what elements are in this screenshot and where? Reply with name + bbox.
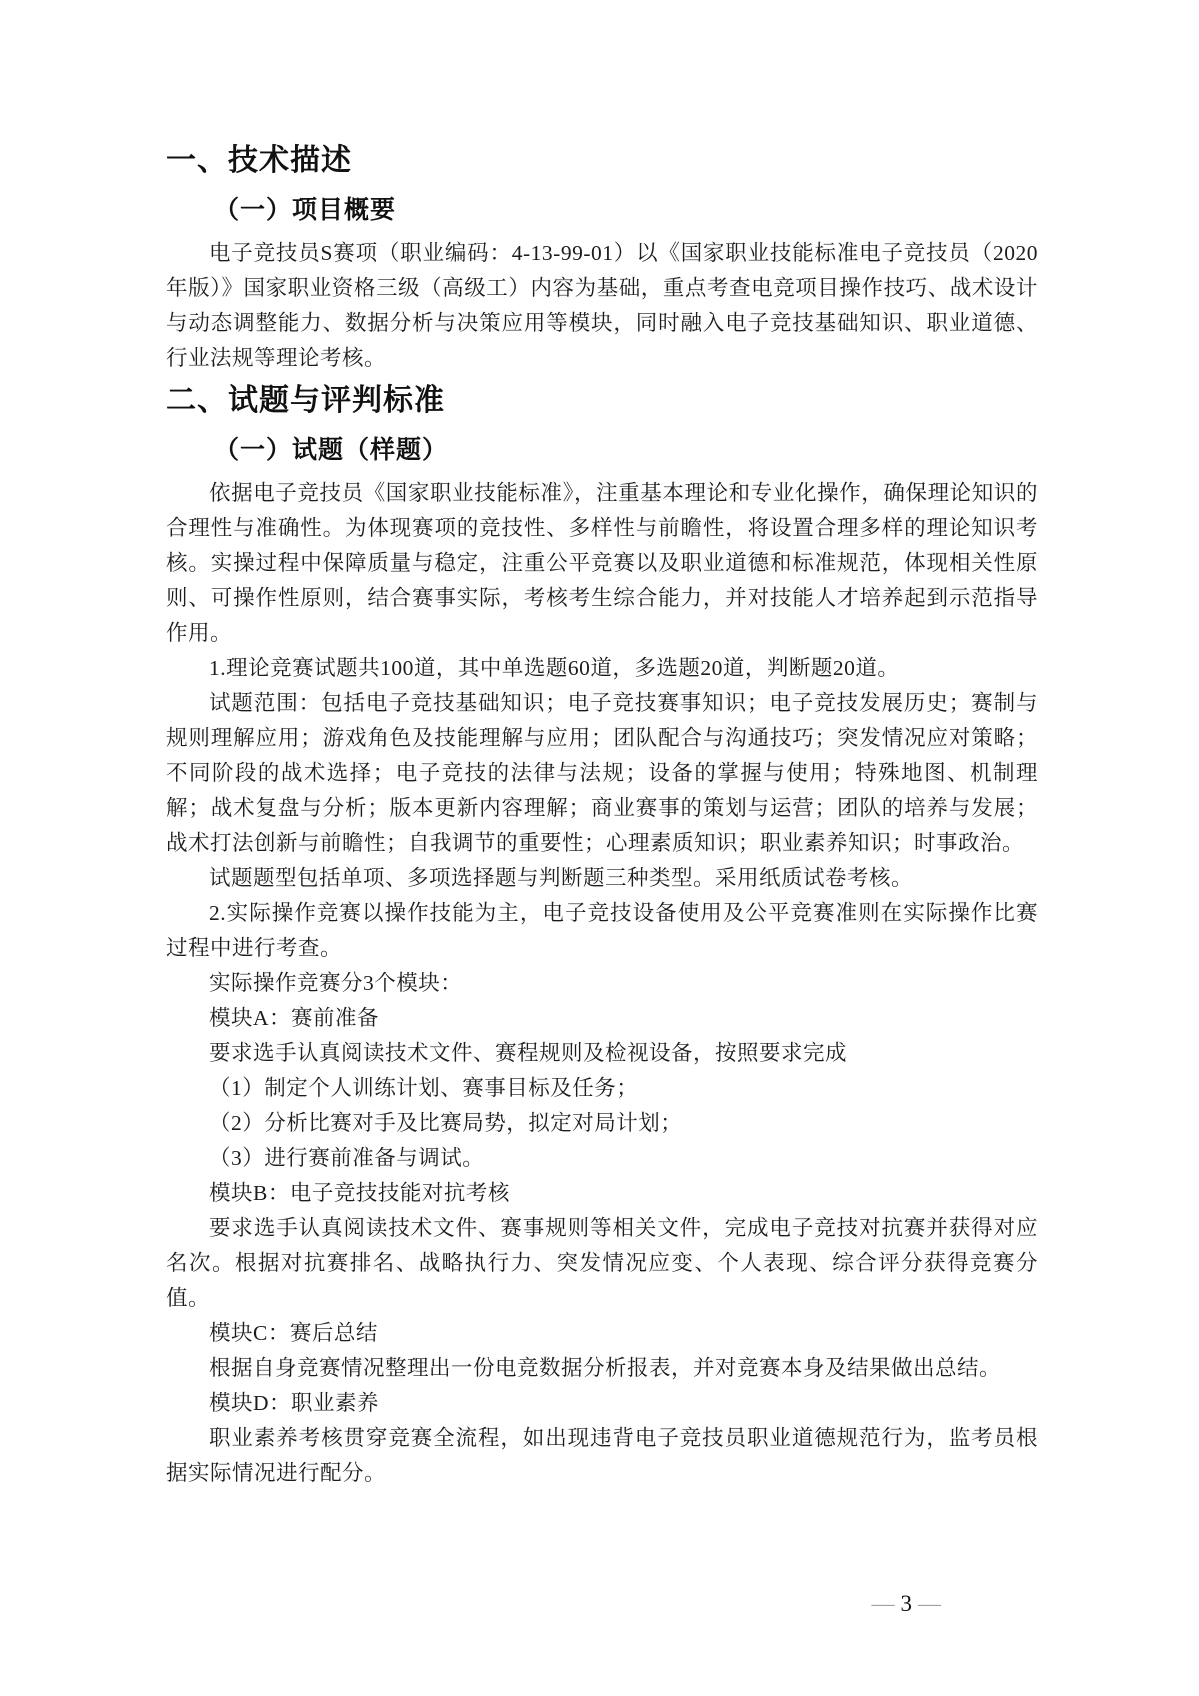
- footer-dash-left: —: [870, 1591, 897, 1616]
- paragraph-module-a-task-2: （2）分析比赛对手及比赛局势，拟定对局计划；: [166, 1106, 1038, 1141]
- paragraph-module-a-requirements: 要求选手认真阅读技术文件、赛程规则及检视设备，按照要求完成: [166, 1036, 1038, 1071]
- subsection-heading-sample-questions: （一）试题（样题）: [166, 432, 1038, 468]
- paragraph-standards-intro: 依据电子竞技员《国家职业技能标准》，注重基本理论和专业化操作，确保理论知识的合理…: [166, 476, 1038, 651]
- section-heading-questions-criteria: 二、试题与评判标准: [166, 380, 1038, 422]
- paragraph-module-count: 实际操作竞赛分3个模块：: [166, 966, 1038, 1001]
- paragraph-module-d-title: 模块D：职业素养: [166, 1386, 1038, 1421]
- paragraph-module-a-task-3: （3）进行赛前准备与调试。: [166, 1141, 1038, 1176]
- paragraph-project-overview: 电子竞技员S赛项（职业编码：4-13-99-01）以《国家职业技能标准电子竞技员…: [166, 236, 1038, 376]
- paragraph-module-a-task-1: （1）制定个人训练计划、赛事目标及任务；: [166, 1071, 1038, 1106]
- paragraph-module-c-title: 模块C：赛后总结: [166, 1316, 1038, 1351]
- subsection-heading-project-overview: （一）项目概要: [166, 192, 1038, 228]
- page-number: 3: [897, 1591, 917, 1616]
- paragraph-practical-competition: 2.实际操作竞赛以操作技能为主，电子竞技设备使用及公平竞赛准则在实际操作比赛过程…: [166, 896, 1038, 966]
- paragraph-question-types: 试题题型包括单项、多项选择题与判断题三种类型。采用纸质试卷考核。: [166, 861, 1038, 896]
- footer-dash-right: —: [916, 1591, 943, 1616]
- paragraph-question-scope: 试题范围：包括电子竞技基础知识；电子竞技赛事知识；电子竞技发展历史；赛制与规则理…: [166, 686, 1038, 861]
- paragraph-module-b-description: 要求选手认真阅读技术文件、赛事规则等相关文件，完成电子竞技对抗赛并获得对应名次。…: [166, 1211, 1038, 1316]
- paragraph-module-d-description: 职业素养考核贯穿竞赛全流程，如出现违背电子竞技员职业道德规范行为，监考员根据实际…: [166, 1421, 1038, 1491]
- paragraph-module-a-title: 模块A：赛前准备: [166, 1001, 1038, 1036]
- page-footer: —3—: [870, 1590, 944, 1618]
- document-page: 一、技术描述 （一）项目概要 电子竞技员S赛项（职业编码：4-13-99-01）…: [0, 0, 1199, 1696]
- paragraph-module-c-description: 根据自身竞赛情况整理出一份电竞数据分析报表，并对竞赛本身及结果做出总结。: [166, 1351, 1038, 1386]
- paragraph-theory-question-counts: 1.理论竞赛试题共100道，其中单选题60道，多选题20道，判断题20道。: [166, 651, 1038, 686]
- paragraph-module-b-title: 模块B：电子竞技技能对抗考核: [166, 1176, 1038, 1211]
- document-content: 一、技术描述 （一）项目概要 电子竞技员S赛项（职业编码：4-13-99-01）…: [166, 136, 1038, 1491]
- section-heading-technical-description: 一、技术描述: [166, 140, 1038, 182]
